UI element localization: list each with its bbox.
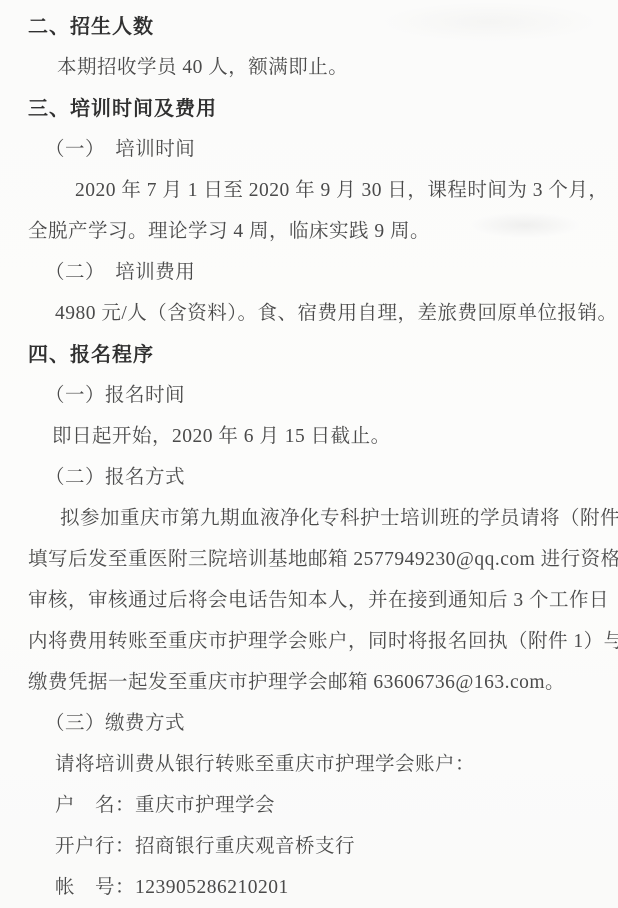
doc-line: 即日起开始，2020 年 6 月 15 日截止。	[52, 416, 598, 457]
subsection-label-payment-method: （三）缴费方式	[45, 703, 598, 744]
doc-line: 拟参加重庆市第九期血液净化专科护士培训班的学员请将（附件 2）	[60, 498, 598, 539]
doc-line: 全脱产学习。理论学习 4 周，临床实践 9 周。	[28, 211, 598, 252]
doc-line-account-number: 帐 号：123905286210201	[55, 867, 598, 908]
doc-line: 请将培训费从银行转账至重庆市护理学会账户：	[55, 744, 598, 785]
subsection-label-training-time: （一） 培训时间	[45, 129, 598, 170]
doc-line-bank-branch: 开户行：招商银行重庆观音桥支行	[55, 826, 598, 867]
section-heading-registration: 四、报名程序	[28, 334, 598, 375]
doc-line: 内将费用转账至重庆市护理学会账户，同时将报名回执（附件 1）与	[28, 621, 598, 662]
subsection-label-registration-time: （一）报名时间	[45, 375, 598, 416]
doc-line: 本期招收学员 40 人，额满即止。	[57, 47, 598, 88]
subsection-label-registration-method: （二）报名方式	[45, 457, 598, 498]
doc-line-account-name: 户 名：重庆市护理学会	[55, 785, 598, 826]
doc-line: 审核，审核通过后将会电话告知本人，并在接到通知后 3 个工作日	[28, 580, 598, 621]
doc-line: 缴费凭据一起发至重庆市护理学会邮箱 63606736@163.com。	[28, 662, 598, 703]
document-page: 二、招生人数 本期招收学员 40 人，额满即止。 三、培训时间及费用 （一） 培…	[0, 0, 618, 908]
section-heading-enrollment: 二、招生人数	[28, 6, 598, 47]
subsection-label-training-fee: （二） 培训费用	[45, 252, 598, 293]
doc-line: 填写后发至重医附三院培训基地邮箱 2577949230@qq.com 进行资格	[28, 539, 598, 580]
doc-line: 2020 年 7 月 1 日至 2020 年 9 月 30 日，课程时间为 3 …	[75, 170, 598, 211]
doc-line: 4980 元/人（含资料）。食、宿费用自理，差旅费回原单位报销。	[55, 293, 598, 334]
section-heading-time-fees: 三、培训时间及费用	[28, 88, 598, 129]
